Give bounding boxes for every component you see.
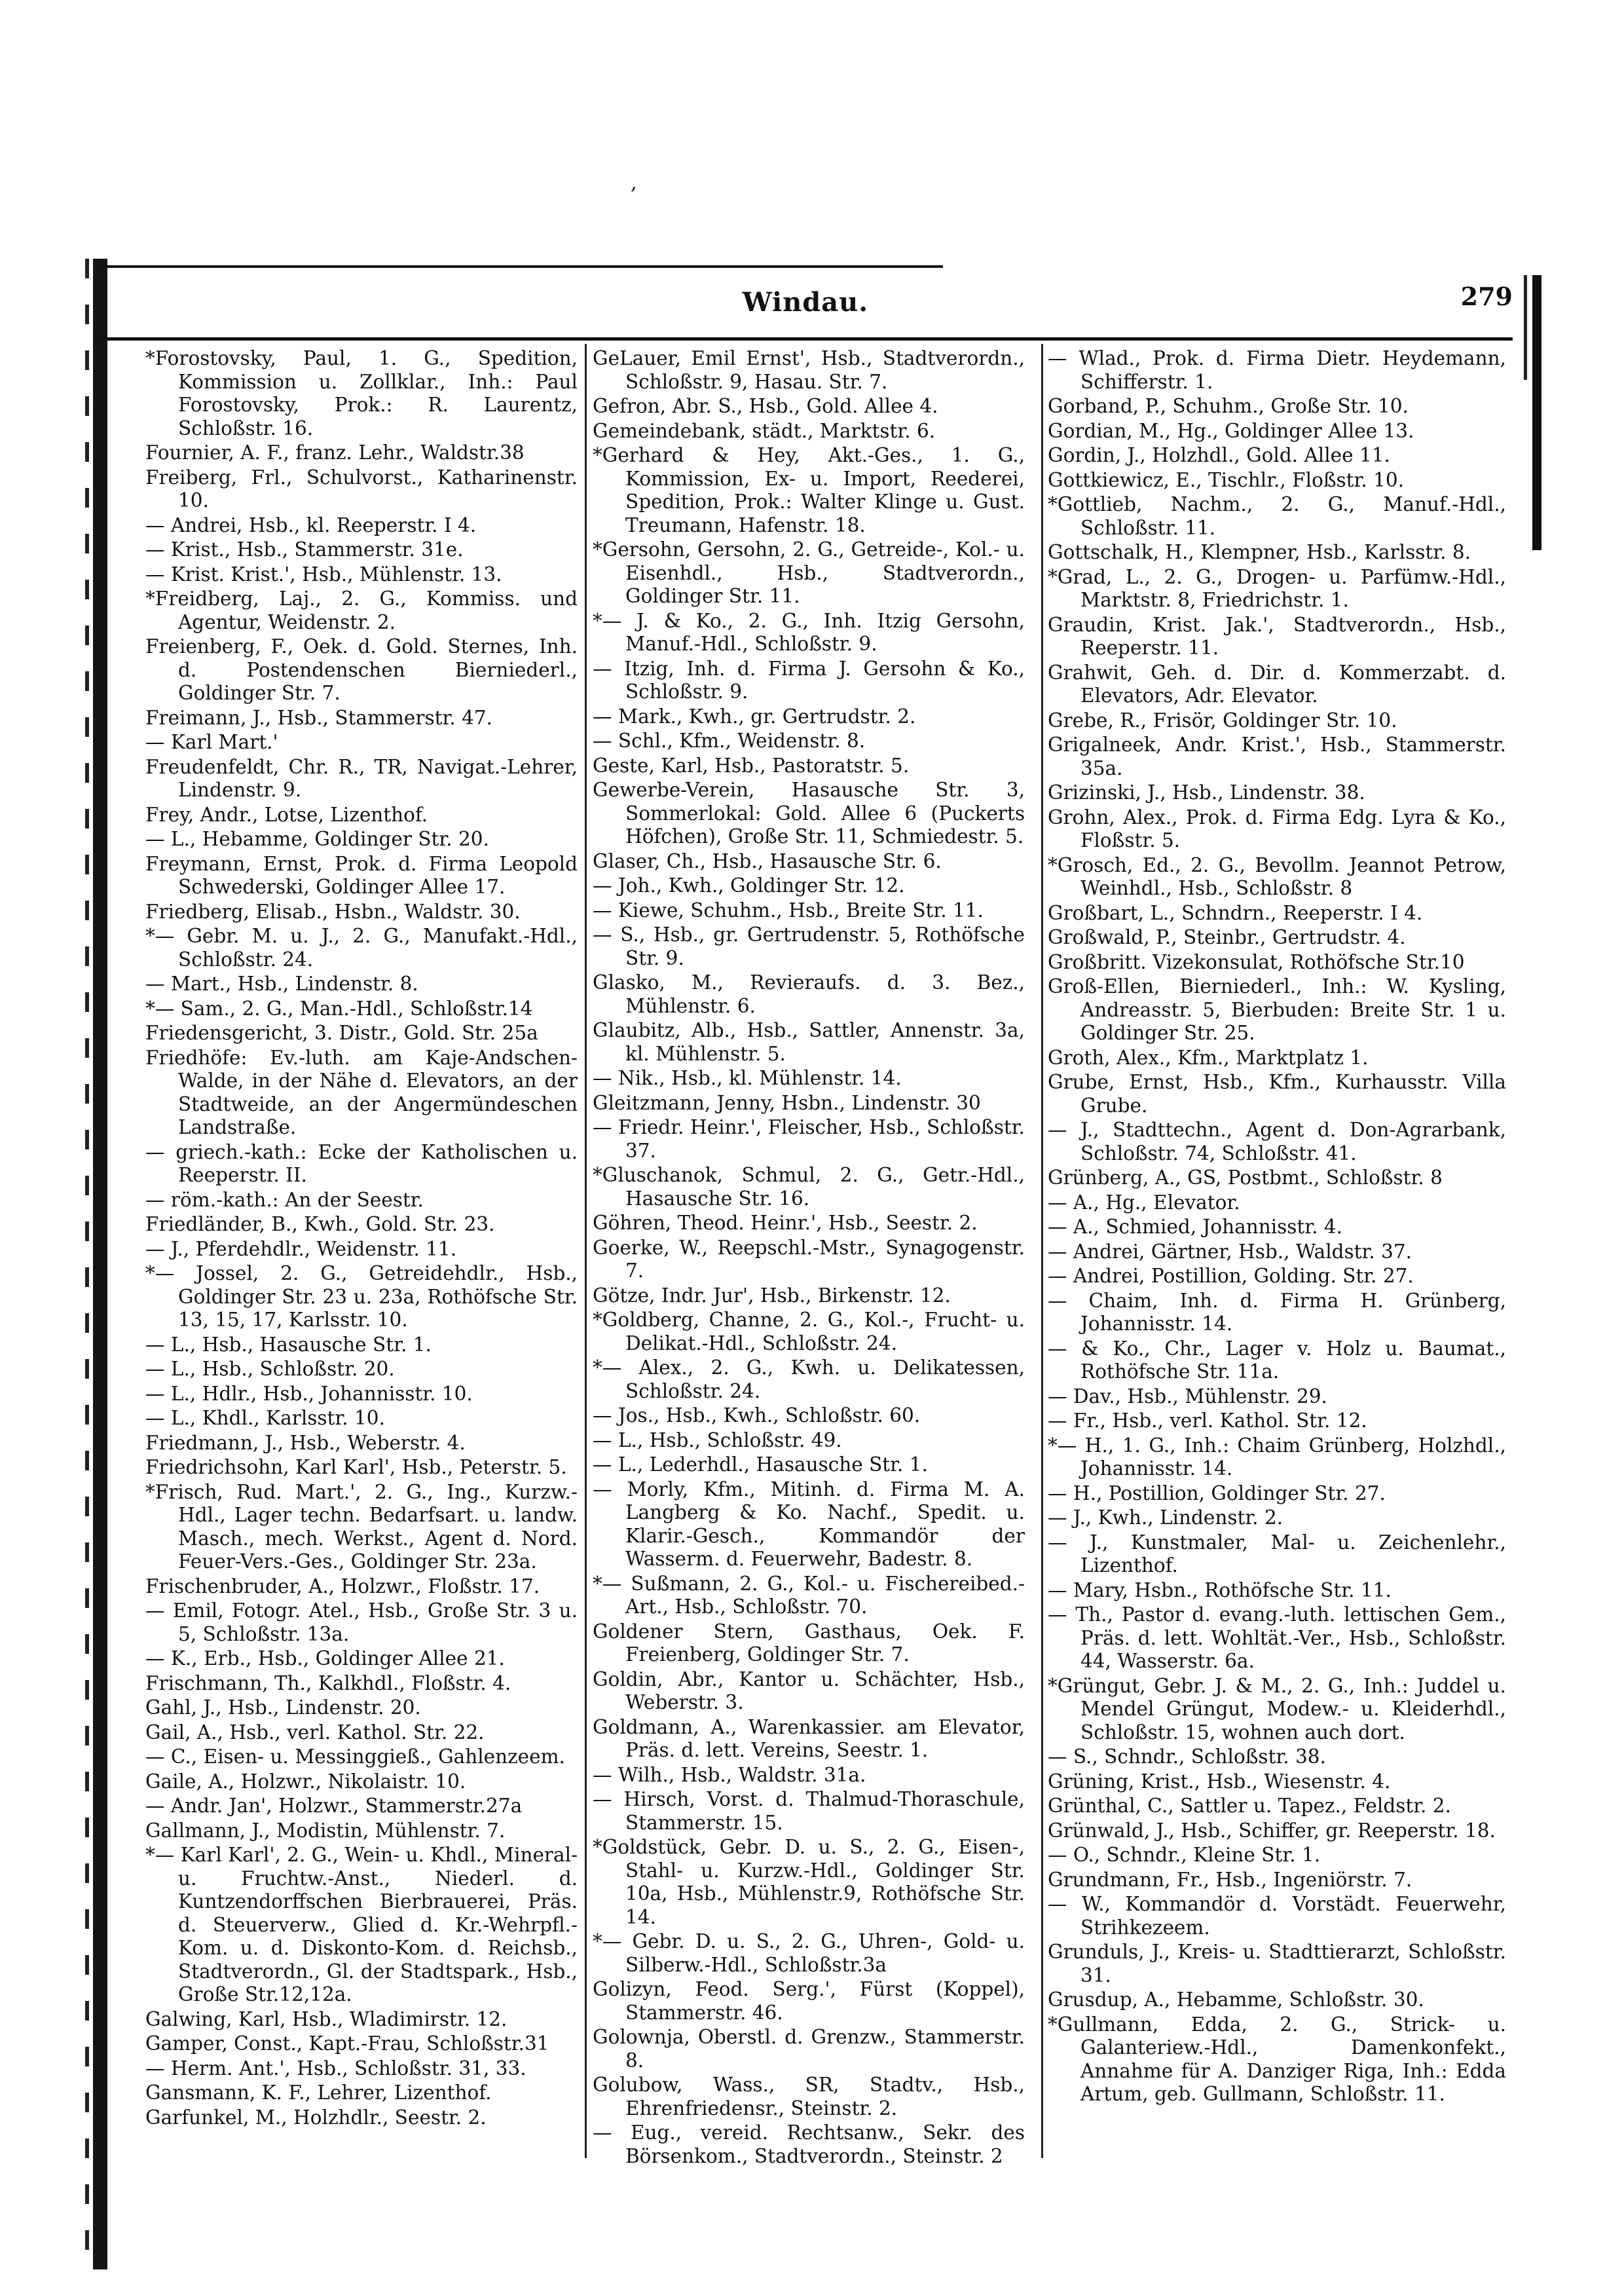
directory-entry: *Grüngut, Gebr. J. & M., 2. G., Inh.: Ju…: [1048, 1675, 1506, 1745]
directory-entry: — Andrei, Postillion, Golding. Str. 27.: [1048, 1265, 1506, 1288]
directory-entry: Goldin, Abr., Kantor u. Schächter, Hsb.,…: [593, 1668, 1025, 1715]
directory-entry: Friedensgericht, 3. Distr., Gold. Str. 2…: [145, 1022, 578, 1045]
directory-entry: — Herm. Ant.', Hsb., Schloßstr. 31, 33.: [145, 2057, 578, 2081]
directory-entry: Gottschalk, H., Klempner, Hsb., Karlsstr…: [1048, 541, 1506, 565]
directory-entry: — Mary, Hsbn., Rothöfsche Str. 11.: [1048, 1579, 1506, 1603]
directory-entry: Grünberg, A., GS, Postbmt., Schloßstr. 8: [1048, 1166, 1506, 1190]
directory-entry: — Krist. Krist.', Hsb., Mühlenstr. 13.: [145, 563, 578, 587]
directory-entry: Frischmann, Th., Kalkhdl., Floßstr. 4.: [145, 1672, 578, 1696]
column-divider: [1041, 344, 1043, 2158]
directory-entry: — K., Erb., Hsb., Goldinger Allee 21.: [145, 1647, 578, 1671]
directory-entry: — Mart., Hsb., Lindenstr. 8.: [145, 973, 578, 996]
directory-entry: Großbart, L., Schndrn., Reeperstr. I 4.: [1048, 902, 1506, 925]
directory-entry: *— Gebr. M. u. J., 2. G., Manufakt.-Hdl.…: [145, 925, 578, 971]
directory-entry: Fournier, A. F., franz. Lehr., Waldstr.3…: [145, 441, 578, 465]
directory-entry: Freymann, Ernst, Prok. d. Firma Leopold …: [145, 853, 578, 899]
page-number: 279: [1461, 282, 1513, 311]
directory-entry: GeLauer, Emil Ernst', Hsb., Stadtverordn…: [593, 347, 1025, 394]
directory-entry: — W., Kommandör d. Vorstädt. Feuerwehr, …: [1048, 1893, 1506, 1939]
page-header: Windau. 279: [98, 275, 1513, 334]
directory-entry: *— Sam., 2. G., Man.-Hdl., Schloßstr.14: [145, 998, 578, 1021]
scan-edge-right-thin: [1524, 275, 1527, 380]
directory-entry: Gail, A., Hsb., verl. Kathol. Str. 22.: [145, 1721, 578, 1745]
directory-entry: Gaile, A., Holzwr., Nikolaistr. 10.: [145, 1770, 578, 1794]
directory-entry: — Kiewe, Schuhm., Hsb., Breite Str. 11.: [593, 899, 1025, 923]
directory-entry: — Krist., Hsb., Stammerstr. 31e.: [145, 538, 578, 562]
directory-entry: Glaser, Ch., Hsb., Hasausche Str. 6.: [593, 850, 1025, 874]
directory-entry: Grusdup, A., Hebamme, Schloßstr. 30.: [1048, 1988, 1506, 2012]
directory-entry: Grahwit, Geh. d. Dir. d. Kommerzabt. d. …: [1048, 662, 1506, 708]
directory-entry: Gansmann, K. F., Lehrer, Lizenthof.: [145, 2081, 578, 2105]
directory-entry: *— H., 1. G., Inh.: Chaim Grünberg, Holz…: [1048, 1434, 1506, 1481]
directory-entry: — Andrei, Hsb., kl. Reeperstr. I 4.: [145, 514, 578, 538]
directory-entry: — L., Hsb., Schloßstr. 49.: [593, 1429, 1025, 1453]
directory-entry: Grohn, Alex., Prok. d. Firma Edg. Lyra &…: [1048, 806, 1506, 853]
directory-entry: Goldmann, A., Warenkassier. am Elevator,…: [593, 1716, 1025, 1763]
directory-entry: Freiberg, Frl., Schulvorst., Katharinens…: [145, 466, 578, 513]
directory-entry: *Gluschanok, Schmul, 2. G., Getr.-Hdl., …: [593, 1164, 1025, 1210]
directory-entry: Glaubitz, Alb., Hsb., Sattler, Annenstr.…: [593, 1019, 1025, 1066]
directory-entry: Groth, Alex., Kfm., Marktplatz 1.: [1048, 1047, 1506, 1070]
directory-entry: Goerke, W., Reepschl.-Mstr., Synagogenst…: [593, 1237, 1025, 1283]
directory-entry: *Frisch, Rud. Mart.', 2. G., Ing., Kurzw…: [145, 1481, 578, 1574]
directory-entry: *— Sußmann, 2. G., Kol.- u. Fischereibed…: [593, 1573, 1025, 1619]
directory-entry: — L., Khdl., Karlsstr. 10.: [145, 1407, 578, 1430]
directory-entry: — S., Schndr., Schloßstr. 38.: [1048, 1745, 1506, 1769]
directory-entry: *Forostovsky, Paul, 1. G., Spedition, Ko…: [145, 347, 578, 440]
directory-entry: — Hirsch, Vorst. d. Thalmud-Thoraschule,…: [593, 1788, 1025, 1835]
directory-entry: Gefron, Abr. S., Hsb., Gold. Allee 4.: [593, 395, 1025, 419]
directory-entry: Grebe, R., Frisör, Goldinger Str. 10.: [1048, 709, 1506, 733]
directory-entry: Golownja, Oberstl. d. Grenzw., Stammerst…: [593, 2026, 1025, 2072]
directory-entry: Grundmann, Fr., Hsb., Ingeniörstr. 7.: [1048, 1869, 1506, 1892]
column-3: — Wlad., Prok. d. Firma Dietr. Heydemann…: [1048, 347, 1506, 2108]
directory-entry: *— Alex., 2. G., Kwh. u. Delikatessen, S…: [593, 1356, 1025, 1403]
directory-entry: Friedhöfe: Ev.-luth. am Kaje-Andschen-Wa…: [145, 1047, 578, 1140]
directory-entry: Graudin, Krist. Jak.', Stadtverordn., Hs…: [1048, 614, 1506, 660]
column-2: GeLauer, Emil Ernst', Hsb., Stadtverordn…: [593, 347, 1025, 2169]
directory-entry: — A., Hg., Elevator.: [1048, 1191, 1506, 1215]
directory-entry: — J., Stadttechn., Agent d. Don-Agrarban…: [1048, 1119, 1506, 1165]
directory-entry: — Nik., Hsb., kl. Mühlenstr. 14.: [593, 1067, 1025, 1091]
directory-entry: *Freidberg, Laj., 2. G., Kommiss. und Ag…: [145, 588, 578, 634]
directory-entry: Garfunkel, M., Holzhdlr., Seestr. 2.: [145, 2106, 578, 2130]
column-1: *Forostovsky, Paul, 1. G., Spedition, Ko…: [145, 347, 578, 2131]
directory-entry: — Wilh., Hsb., Waldstr. 31a.: [593, 1764, 1025, 1787]
directory-entry: — A., Schmied, Johannisstr. 4.: [1048, 1216, 1506, 1239]
directory-entry: *Goldstück, Gebr. D. u. S., 2. G., Eisen…: [593, 1836, 1025, 1929]
directory-entry: Gallmann, J., Modistin, Mühlenstr. 7.: [145, 1819, 578, 1843]
directory-entry: *— J. & Ko., 2. G., Inh. Itzig Gersohn, …: [593, 610, 1025, 656]
directory-entry: Gemeindebank, städt., Marktstr. 6.: [593, 420, 1025, 443]
directory-entry: — Karl Mart.': [145, 731, 578, 755]
directory-entry: Grünthal, C., Sattler u. Tapez., Feldstr…: [1048, 1795, 1506, 1818]
directory-entry: — J., Kunstmaler, Mal- u. Zeichenlehr., …: [1048, 1531, 1506, 1578]
directory-entry: Grube, Ernst, Hsb., Kfm., Kurhausstr. Vi…: [1048, 1071, 1506, 1117]
directory-entry: — L., Hsb., Schloßstr. 20.: [145, 1358, 578, 1381]
directory-entry: Frey, Andr., Lotse, Lizenthof.: [145, 804, 578, 827]
directory-entry: — Wlad., Prok. d. Firma Dietr. Heydemann…: [1048, 347, 1506, 394]
directory-entry: — Dav., Hsb., Mühlenstr. 29.: [1048, 1385, 1506, 1409]
directory-entry: — J., Kwh., Lindenstr. 2.: [1048, 1506, 1506, 1530]
directory-entry: *Gottlieb, Nachm., 2. G., Manuf.-Hdl., S…: [1048, 493, 1506, 540]
column-divider: [585, 344, 587, 2158]
directory-entry: — Th., Pastor d. evang.-luth. lettischen…: [1048, 1603, 1506, 1673]
directory-entry: Glasko, M., Revieraufs. d. 3. Bez., Mühl…: [593, 971, 1025, 1018]
directory-entry: Golubow, Wass., SR, Stadtv., Hsb., Ehren…: [593, 2074, 1025, 2120]
directory-entry: *— Karl Karl', 2. G., Wein- u. Khdl., Mi…: [145, 1844, 578, 2007]
scan-edge-left-speckle: [85, 259, 89, 2269]
directory-entry: — L., Hsb., Hasausche Str. 1.: [145, 1334, 578, 1357]
directory-entry: — röm.-kath.: An der Seestr.: [145, 1189, 578, 1212]
directory-entry: Götze, Indr. Jur', Hsb., Birkenstr. 12.: [593, 1284, 1025, 1308]
directory-entry: Gahl, J., Hsb., Lindenstr. 20.: [145, 1696, 578, 1720]
header-rule: [98, 337, 1513, 341]
directory-entry: Golizyn, Feod. Serg.', Fürst (Koppel), S…: [593, 1978, 1025, 2024]
directory-entry: *Gullmann, Edda, 2. G., Strick- u. Galan…: [1048, 2013, 1506, 2106]
directory-entry: — Andrei, Gärtner, Hsb., Waldstr. 37.: [1048, 1241, 1506, 1264]
directory-entry: — Itzig, Inh. d. Firma J. Gersohn & Ko.,…: [593, 658, 1025, 704]
directory-entry: — Friedr. Heinr.', Fleischer, Hsb., Schl…: [593, 1116, 1025, 1163]
stray-mark: ,: [631, 172, 637, 195]
directory-entry: Grizinski, J., Hsb., Lindenstr. 38.: [1048, 781, 1506, 805]
directory-entry: Gewerbe-Verein, Hasausche Str. 3, Sommer…: [593, 779, 1025, 849]
directory-entry: — Eug., vereid. Rechtsanw., Sekr. des Bö…: [593, 2121, 1025, 2168]
directory-entry: Freudenfeldt, Chr. R., TR, Navigat.-Lehr…: [145, 756, 578, 802]
page-title: Windau.: [98, 287, 1513, 318]
directory-entry: *Gerhard & Hey, Akt.-Ges., 1. G., Kommis…: [593, 444, 1025, 537]
directory-entry: — L., Lederhdl., Hasausche Str. 1.: [593, 1453, 1025, 1477]
directory-entry: Friedländer, B., Kwh., Gold. Str. 23.: [145, 1213, 578, 1237]
directory-entry: — Fr., Hsb., verl. Kathol. Str. 12.: [1048, 1409, 1506, 1433]
directory-entry: — Chaim, Inh. d. Firma H. Grünberg, Joha…: [1048, 1290, 1506, 1336]
directory-entry: *Grad, L., 2. G., Drogen- u. Parfümw.-Hd…: [1048, 566, 1506, 612]
directory-entry: — J., Pferdehdlr., Weidenstr. 11.: [145, 1238, 578, 1261]
directory-entry: Goldener Stern, Gasthaus, Oek. F. Freien…: [593, 1620, 1025, 1667]
directory-entry: Gamper, Const., Kapt.-Frau, Schloßstr.31: [145, 2032, 578, 2056]
directory-entry: — Joh., Kwh., Goldinger Str. 12.: [593, 874, 1025, 898]
directory-entry: Göhren, Theod. Heinr.', Hsb., Seestr. 2.: [593, 1212, 1025, 1235]
directory-entry: Groß-Ellen, Bierniederl., Inh.: W. Kysli…: [1048, 975, 1506, 1045]
directory-entry: Gleitzmann, Jenny, Hsbn., Lindenstr. 30: [593, 1092, 1025, 1115]
directory-entry: *Gersohn, Gersohn, 2. G., Getreide-, Kol…: [593, 538, 1025, 608]
directory-entry: Grüning, Krist., Hsb., Wiesenstr. 4.: [1048, 1770, 1506, 1794]
directory-entry: — Jos., Hsb., Kwh., Schloßstr. 60.: [593, 1404, 1025, 1428]
directory-entry: Gorband, P., Schuhm., Große Str. 10.: [1048, 395, 1506, 419]
directory-entry: Friedmann, J., Hsb., Weberstr. 4.: [145, 1432, 578, 1455]
directory-entry: Frischenbruder, A., Holzwr., Floßstr. 17…: [145, 1575, 578, 1599]
directory-entry: Grunduls, J., Kreis- u. Stadttierarzt, S…: [1048, 1941, 1506, 1987]
directory-entry: — griech.-kath.: Ecke der Katholischen u…: [145, 1141, 578, 1187]
directory-entry: — S., Hsb., gr. Gertrudenstr. 5, Rothöfs…: [593, 924, 1025, 970]
directory-entry: *— Jossel, 2. G., Getreidehdlr., Hsb., G…: [145, 1262, 578, 1332]
directory-entry: Grünwald, J., Hsb., Schiffer, gr. Reeper…: [1048, 1819, 1506, 1843]
directory-entry: Freimann, J., Hsb., Stammerstr. 47.: [145, 707, 578, 730]
top-rule: [98, 265, 943, 268]
directory-entry: — Mark., Kwh., gr. Gertrudstr. 2.: [593, 705, 1025, 729]
directory-entry: Friedberg, Elisab., Hsbn., Waldstr. 30.: [145, 901, 578, 924]
directory-entry: Friedrichsohn, Karl Karl', Hsb., Peterst…: [145, 1456, 578, 1480]
directory-entry: — L., Hdlr., Hsb., Johannisstr. 10.: [145, 1383, 578, 1406]
directory-entry: *Goldberg, Channe, 2. G., Kol.-, Frucht-…: [593, 1309, 1025, 1355]
directory-entry: — Morly, Kfm., Mitinh. d. Firma M. A. La…: [593, 1478, 1025, 1571]
directory-entry: — & Ko., Chr., Lager v. Holz u. Baumat.,…: [1048, 1337, 1506, 1384]
directory-entry: — O., Schndr., Kleine Str. 1.: [1048, 1844, 1506, 1867]
directory-entry: *Grosch, Ed., 2. G., Bevollm. Jeannot Pe…: [1048, 854, 1506, 901]
directory-entry: Gottkiewicz, E., Tischlr., Floßstr. 10.: [1048, 469, 1506, 493]
directory-entry: Großwald, P., Steinbr., Gertrudstr. 4.: [1048, 926, 1506, 950]
scan-edge-right: [1532, 275, 1541, 550]
scan-edge-left: [93, 259, 107, 2269]
directory-entry: — L., Hebamme, Goldinger Str. 20.: [145, 828, 578, 851]
directory-entry: Gordian, M., Hg., Goldinger Allee 13.: [1048, 420, 1506, 443]
directory-entry: — Schl., Kfm., Weidenstr. 8.: [593, 730, 1025, 753]
directory-entry: Grigalneek, Andr. Krist.', Hsb., Stammer…: [1048, 734, 1506, 780]
directory-entry: Freienberg, F., Oek. d. Gold. Sternes, I…: [145, 635, 578, 705]
directory-entry: Geste, Karl, Hsb., Pastoratstr. 5.: [593, 755, 1025, 778]
directory-entry: Gordin, J., Holzhdl., Gold. Allee 11.: [1048, 444, 1506, 468]
directory-entry: — Emil, Fotogr. Atel., Hsb., Große Str. …: [145, 1599, 578, 1646]
directory-entry: — H., Postillion, Goldinger Str. 27.: [1048, 1482, 1506, 1506]
directory-entry: Galwing, Karl, Hsb., Wladimirstr. 12.: [145, 2008, 578, 2032]
directory-entry: — Andr. Jan', Holzwr., Stammerstr.27a: [145, 1795, 578, 1818]
directory-entry: — C., Eisen- u. Messinggieß., Gahlenzeem…: [145, 1745, 578, 1769]
directory-entry: Großbritt. Vizekonsulat, Rothöfsche Str.…: [1048, 951, 1506, 975]
directory-entry: *— Gebr. D. u. S., 2. G., Uhren-, Gold- …: [593, 1930, 1025, 1977]
